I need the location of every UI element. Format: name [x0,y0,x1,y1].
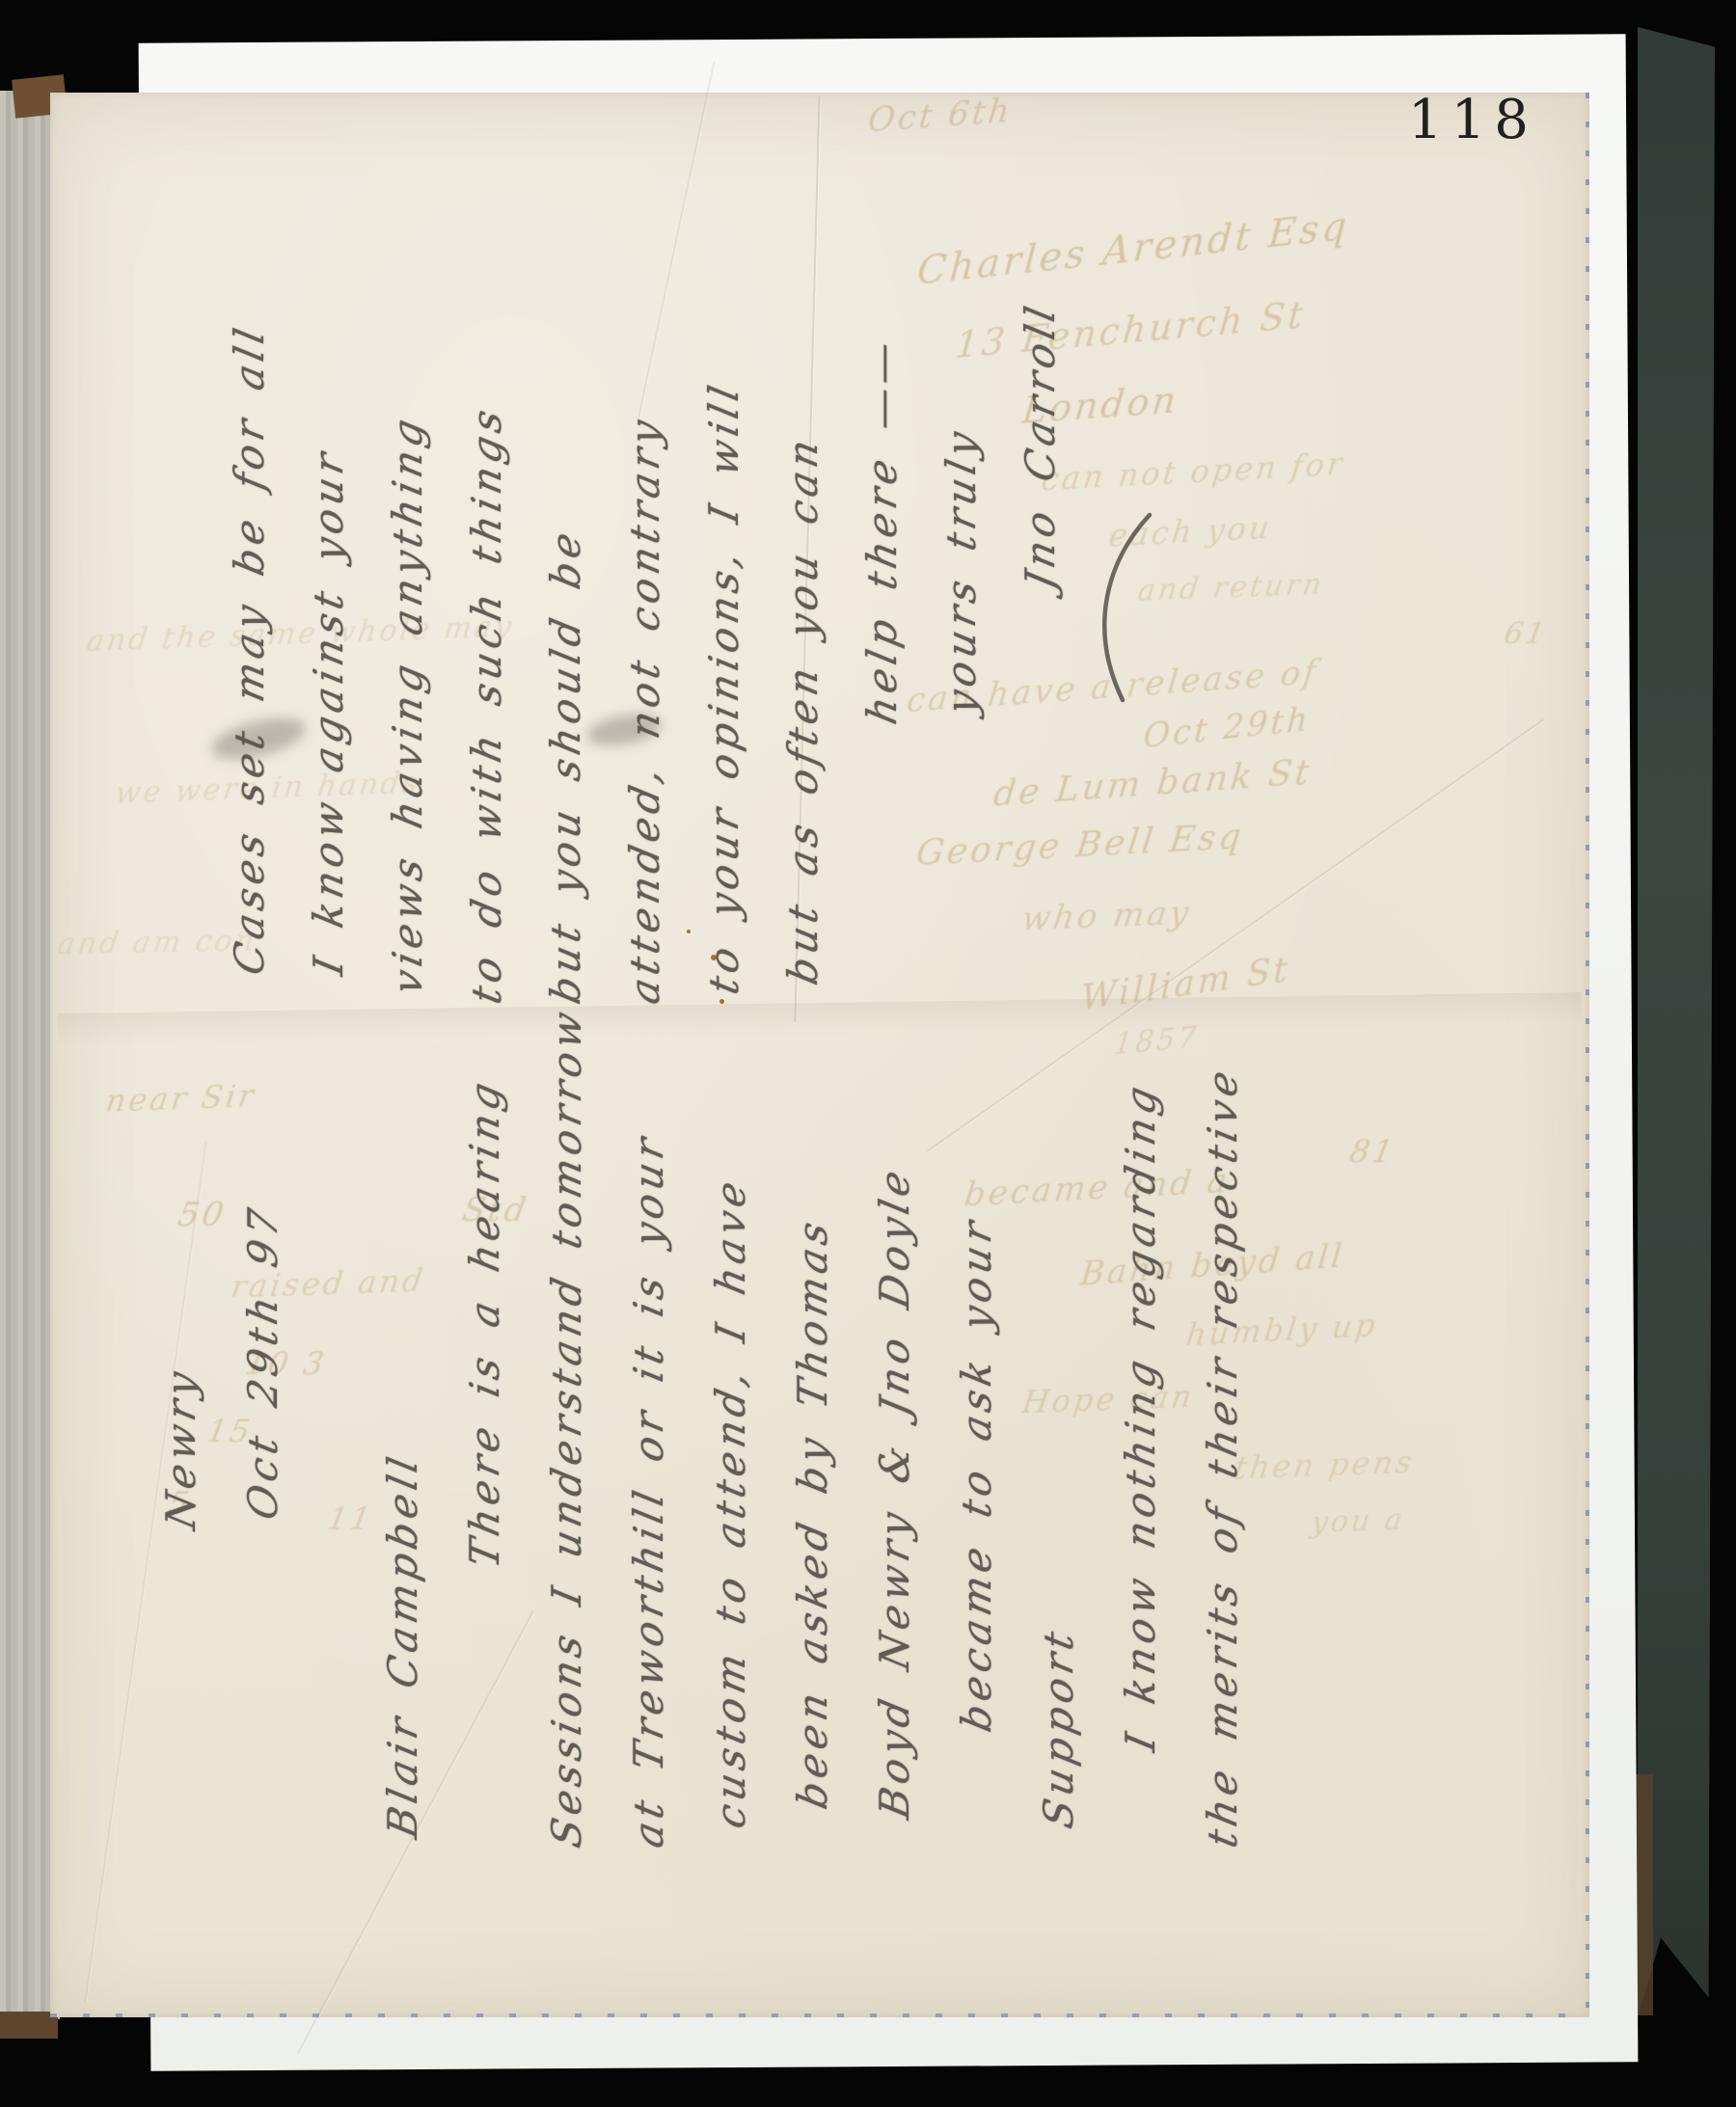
page-number: 118 [1408,89,1537,151]
handwritten-line: help there —— [847,203,926,1003]
letter-opening-block: NewryOct 29th 97Blair CampbellThere is a… [145,1037,1268,1847]
ghost-text-fragment: you a [1310,1502,1408,1540]
handwritten-text: Boyd Newry & Jno Doyle [858,1159,932,1825]
handwritten-text: help there —— [847,331,917,731]
handwritten-text: Jno Carroll [1005,295,1075,596]
handwritten-line: been asked by Thomas [776,1037,858,1847]
handwritten-text: There is a hearing [448,1071,522,1575]
handwritten-line: to your opinions, I will [689,203,768,1003]
handwritten-line: at Treworthill or it is your [612,1037,694,1847]
handwritten-line: views having anything [372,203,451,1003]
handwritten-text: custom to attend, I have [694,1170,768,1835]
signature-flourish [1088,509,1159,706]
handwritten-line: There is a hearing [448,1037,530,1847]
handwritten-line: Boyd Newry & Jno Doyle [858,1037,940,1847]
handwritten-line: I know against your [293,203,372,1003]
handwritten-text: Oct 29th 97 [227,1198,300,1527]
blue-dotted-edge-bottom [50,2013,1589,2017]
handwritten-line: became to ask your [940,1037,1022,1847]
handwritten-text: the merits of their respective [1186,1059,1260,1854]
handwritten-line: the merits of their respective [1186,1037,1268,1847]
handwritten-text: to your opinions, I will [689,374,759,1000]
handwritten-text: Newry [145,1361,218,1537]
handwritten-text: been asked by Thomas [776,1210,850,1816]
handwritten-line: attended, not contrary [610,203,689,1003]
handwritten-line: yours truly [926,203,1005,1003]
handwritten-text: views having anything [372,408,443,1001]
handwritten-text: became to ask your [940,1210,1014,1740]
blue-dotted-edge-right [1586,93,1589,2017]
handwritten-line: Newry [145,1037,227,1847]
handwritten-line: but as often you can [768,203,847,1003]
letter-closing-block: Cases set may be for allI know against y… [214,203,1084,1003]
handwritten-line: Jno Carroll [1005,203,1084,1003]
book-cover-edge [1638,27,1715,2017]
handwritten-line: Support [1022,1037,1104,1847]
handwritten-text: but you should be [530,521,601,1010]
handwritten-line: I know nothing regarding [1104,1037,1186,1847]
ghost-text-fragment: 81 [1347,1133,1398,1170]
spine-sliver-bottom [0,2012,58,2039]
handwritten-line: Oct 29th 97 [227,1037,309,1847]
handwritten-text: attended, not contrary [610,409,680,1011]
handwritten-line: but you should be [530,203,610,1003]
handwritten-line: custom to attend, I have [694,1037,776,1847]
handwritten-text: to do with such things [451,398,522,1011]
ghost-text-fragment: 61 [1502,617,1550,651]
handwritten-text: Cases set may be for all [214,317,285,982]
handwritten-text: yours truly [926,420,996,721]
handwritten-text: Sessions I understand tomorrow [530,1000,604,1854]
handwritten-text: at Treworthill or it is your [612,1126,686,1854]
handwritten-line: Blair Campbell [366,1037,448,1847]
handwritten-text: I know nothing regarding [1104,1075,1178,1758]
handwritten-text: but as often you can [768,428,838,991]
handwritten-line: to do with such things [451,203,530,1003]
book-scan: Oct 6thCharles Arendt Esq13 Fenchurch St… [0,0,1736,2107]
ghost-text-fragment: and return [1136,568,1327,608]
handwritten-text: Blair Campbell [366,1445,440,1845]
handwritten-line: Cases set may be for all [214,203,293,1003]
handwritten-text: Support [1022,1620,1096,1835]
handwritten-text: I know against your [293,442,364,982]
handwritten-line: Sessions I understand tomorrow [530,1037,612,1847]
